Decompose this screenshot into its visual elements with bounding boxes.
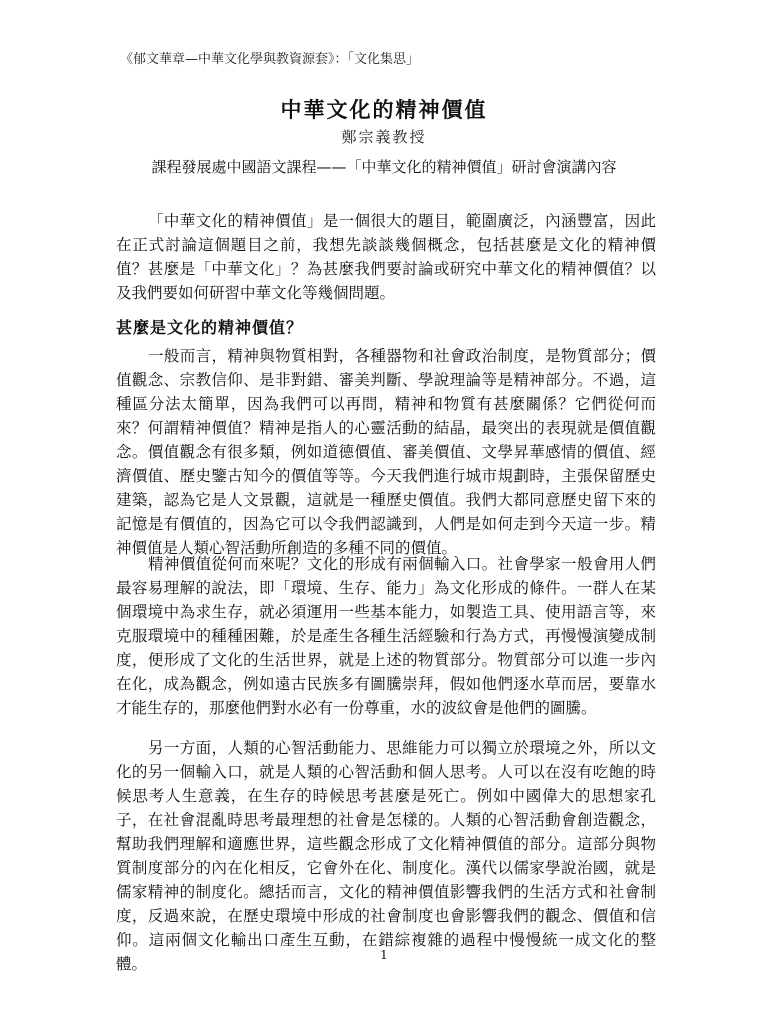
body-paragraph: 精神價值從何而來呢？文化的形成有兩個輸入口。社會學家一般會用人們最容易理解的說法… xyxy=(116,552,656,720)
author-name: 鄭宗義教授 xyxy=(0,126,768,147)
section-body-1: 一般而言，精神與物質相對，各種器物和社會政治制度，是物質部分；價值觀念、宗教信仰… xyxy=(116,344,656,560)
document-title: 中華文化的精神價值 xyxy=(0,94,768,124)
section-heading: 甚麼是文化的精神價值？ xyxy=(116,315,303,338)
running-header: 《郁文華章—中華文化學與教資源套》：「文化集思」 xyxy=(120,48,419,67)
section-body-3: 另一方面，人類的心智活動能力、思維能力可以獨立於環境之外，所以文化的另一個輸入口… xyxy=(116,736,656,976)
document-subtitle: 課程發展處中國語文課程——「中華文化的精神價值」研討會演講內容 xyxy=(0,156,768,177)
body-paragraph: 另一方面，人類的心智活動能力、思維能力可以獨立於環境之外，所以文化的另一個輸入口… xyxy=(116,736,656,976)
section-body-2: 精神價值從何而來呢？文化的形成有兩個輸入口。社會學家一般會用人們最容易理解的說法… xyxy=(116,552,656,720)
document-page: 《郁文華章—中華文化學與教資源套》：「文化集思」 中華文化的精神價值 鄭宗義教授… xyxy=(0,0,768,1024)
body-paragraph: 一般而言，精神與物質相對，各種器物和社會政治制度，是物質部分；價值觀念、宗教信仰… xyxy=(116,344,656,560)
page-number: 1 xyxy=(0,948,768,962)
intro-block: 「中華文化的精神價值」是一個很大的題目，範圍廣泛，內涵豐富，因此在正式討論這個題… xyxy=(116,209,656,305)
intro-paragraph: 「中華文化的精神價值」是一個很大的題目，範圍廣泛，內涵豐富，因此在正式討論這個題… xyxy=(116,209,656,305)
